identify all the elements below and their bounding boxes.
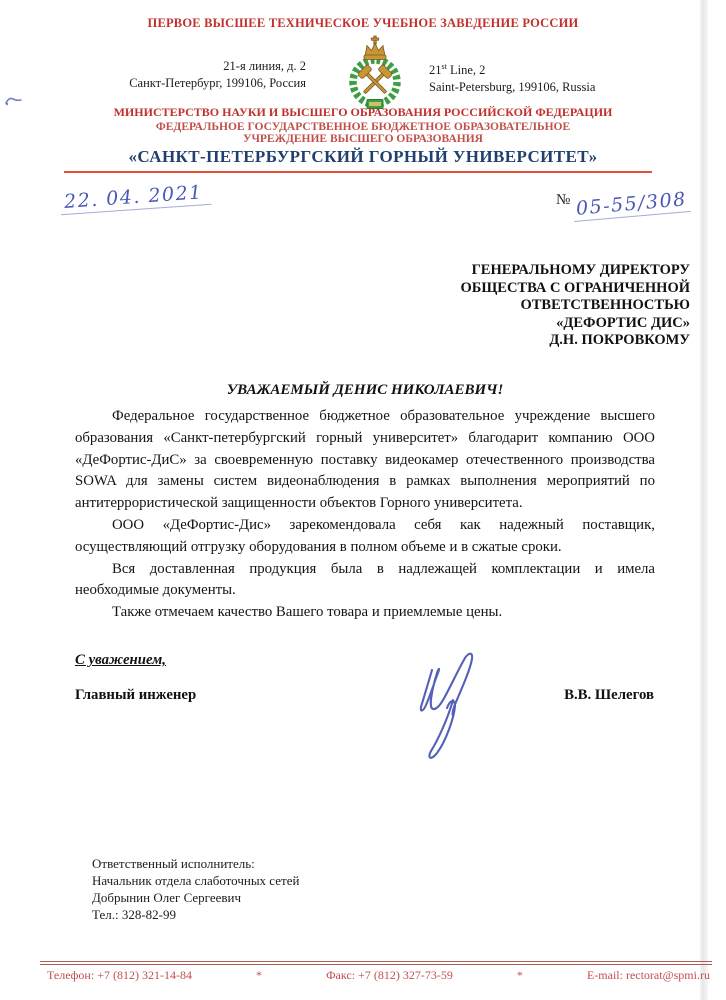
footer-email: E-mail: rectorat@spmi.ru xyxy=(587,968,710,983)
crown-icon xyxy=(364,36,386,60)
number-handwritten: 05-55/308 xyxy=(572,188,691,222)
address-russian-line1: 21-я линия, д. 2 xyxy=(88,58,306,75)
recipient-line: ОБЩЕСТВА С ОГРАНИЧЕННОЙ xyxy=(460,280,690,298)
recipient-line: ОТВЕТСТВЕННОСТЬЮ xyxy=(460,297,690,315)
university-name: «САНКТ-ПЕТЕРБУРГСКИЙ ГОРНЫЙ УНИВЕРСИТЕТ» xyxy=(0,147,726,167)
recipient-line: ГЕНЕРАЛЬНОМУ ДИРЕКТОРУ xyxy=(460,262,690,280)
address-english: 21st Line, 2 Saint-Petersburg, 199106, R… xyxy=(429,58,595,96)
letter-body: Федеральное государственное бюджетное об… xyxy=(75,406,655,624)
salutation: УВАЖАЕМЫЙ ДЕНИС НИКОЛАЕВИЧ! xyxy=(75,382,655,399)
university-emblem-icon xyxy=(337,33,413,111)
recipient-line: «ДЕФОРТИС ДИС» xyxy=(460,315,690,333)
address-english-line1: 21st Line, 2 xyxy=(429,58,595,79)
footer: Телефон: +7 (812) 321-14-84 * Факс: +7 (… xyxy=(40,961,712,983)
letterhead-divider xyxy=(64,171,652,173)
address-russian: 21-я линия, д. 2 Санкт-Петербург, 199106… xyxy=(88,58,306,92)
ministry-line: МИНИСТЕРСТВО НАУКИ И ВЫСШЕГО ОБРАЗОВАНИЯ… xyxy=(0,105,726,120)
letter-page: ПЕРВОЕ ВЫСШЕЕ ТЕХНИЧЕСКОЕ УЧЕБНОЕ ЗАВЕДЕ… xyxy=(0,0,726,1000)
address-english-line2: Saint-Petersburg, 199106, Russia xyxy=(429,79,595,96)
body-paragraph: Также отмечаем качество Вашего товара и … xyxy=(75,602,655,624)
footer-fax: Факс: +7 (812) 327-73-59 xyxy=(326,968,453,983)
footer-separator: * xyxy=(517,968,523,983)
executor-block: Ответственный исполнитель: Начальник отд… xyxy=(92,855,299,923)
executor-line: Начальник отдела слаботочных сетей xyxy=(92,872,299,889)
body-paragraph: ООО «ДеФортис-Дис» зарекомендовала себя … xyxy=(75,515,655,559)
letterhead-motto: ПЕРВОЕ ВЫСШЕЕ ТЕХНИЧЕСКОЕ УЧЕБНОЕ ЗАВЕДЕ… xyxy=(0,16,726,31)
number-label: № xyxy=(556,192,570,208)
footer-separator: * xyxy=(256,968,262,983)
footer-phone: Телефон: +7 (812) 321-14-84 xyxy=(47,968,192,983)
executor-line: Тел.: 328-82-99 xyxy=(92,906,299,923)
address-russian-line2: Санкт-Петербург, 199106, Россия xyxy=(88,75,306,92)
closing-phrase: С уважением, xyxy=(75,652,166,669)
recipient-line: Д.Н. ПОКРОВКОМУ xyxy=(460,332,690,350)
date-handwritten: 22. 04. 2021 xyxy=(59,181,211,215)
crossed-hammers-icon xyxy=(357,64,392,97)
body-paragraph: Федеральное государственное бюджетное об… xyxy=(75,406,655,515)
body-paragraph: Вся доставленная продукция была в надлеж… xyxy=(75,559,655,603)
institution-line2: УЧРЕЖДЕНИЕ ВЫСШЕГО ОБРАЗОВАНИЯ xyxy=(0,133,726,145)
signer-name: В.В. Шелегов xyxy=(564,687,654,704)
executor-line: Добрынин Олег Сергеевич xyxy=(92,889,299,906)
institution-line1: ФЕДЕРАЛЬНОЕ ГОСУДАРСТВЕННОЕ БЮДЖЕТНОЕ ОБ… xyxy=(0,121,726,133)
executor-line: Ответственный исполнитель: xyxy=(92,855,299,872)
handwritten-signature xyxy=(398,648,493,763)
signer-position: Главный инженер xyxy=(75,687,196,704)
recipient-block: ГЕНЕРАЛЬНОМУ ДИРЕКТОРУ ОБЩЕСТВА С ОГРАНИ… xyxy=(460,262,690,350)
reference-number: №05-55/308 xyxy=(556,192,690,217)
